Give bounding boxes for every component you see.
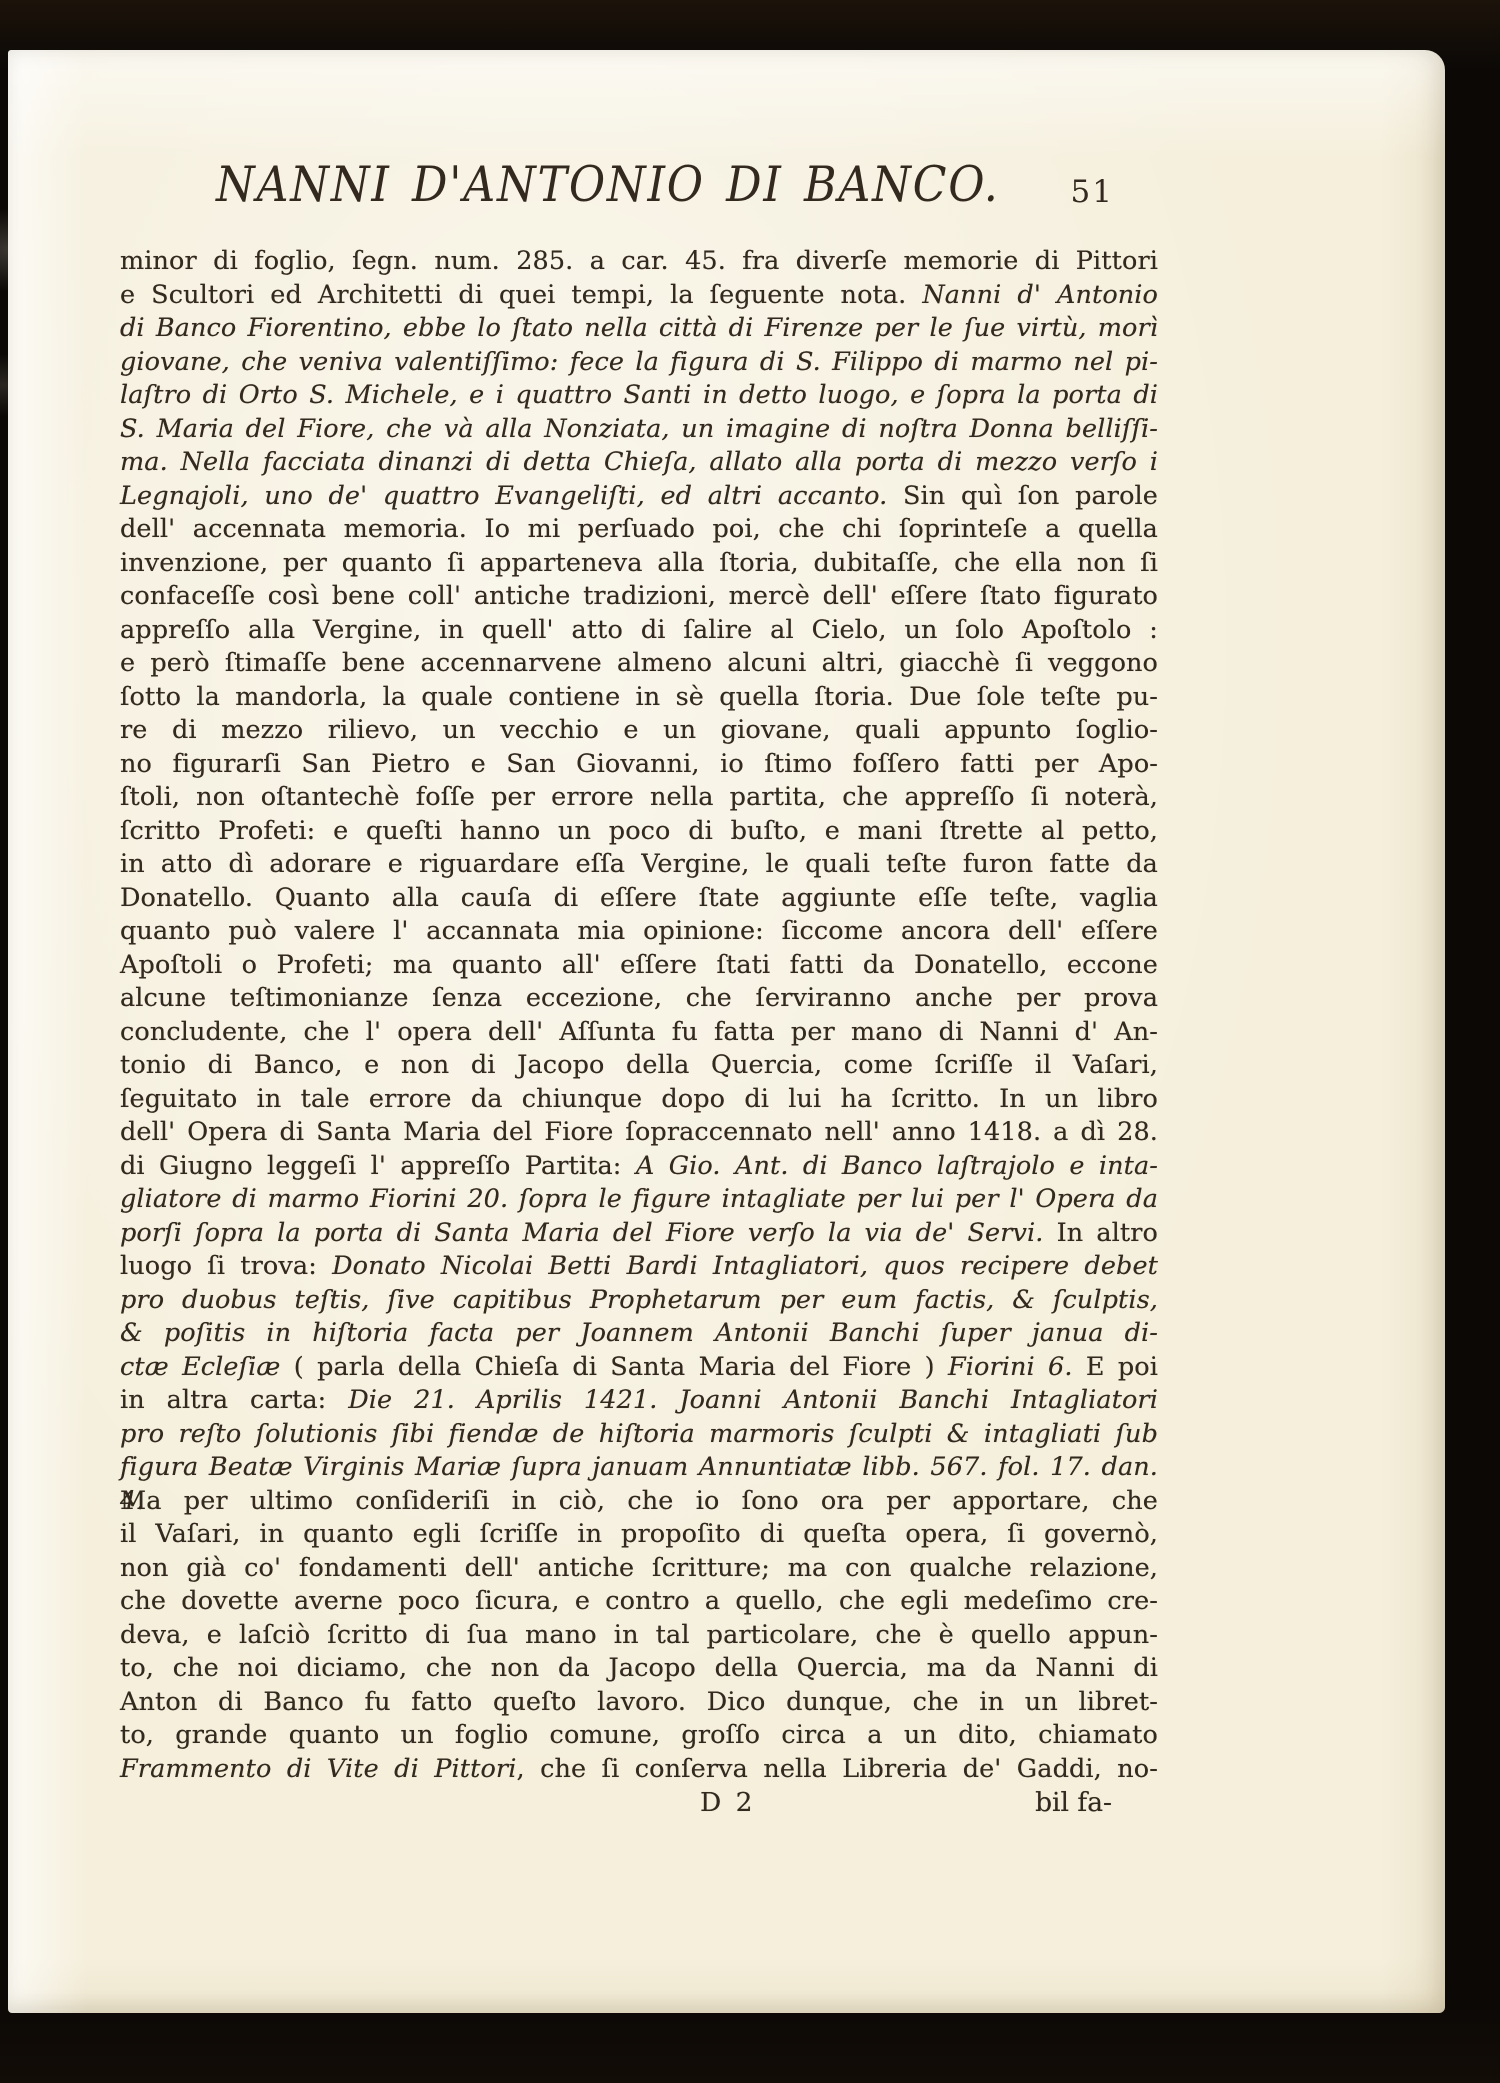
text-run: Donato Nicolai Betti Bardi Intagliatori,… xyxy=(332,1251,1158,1281)
text-run: giovane, che veniva valentiſſimo: fece l… xyxy=(120,347,1158,377)
text-run: il Vaſari, in quanto egli ſcriſſe in pro… xyxy=(120,1519,1158,1549)
text-run: Sin quì ſon parole xyxy=(903,481,1158,511)
text-run: ſeguitato in tale errore da chiunque dop… xyxy=(120,1084,1158,1114)
text-line: Donatello. Quanto alla cauſa di eſſere ſ… xyxy=(120,882,1158,916)
signature-mark: D 2 xyxy=(700,1786,756,1820)
text-line: ma. Nella facciata dinanzi di detta Chie… xyxy=(120,446,1158,480)
text-run: re di mezzo rilievo, un vecchio e un gio… xyxy=(120,715,1158,745)
text-run: appreſſo alla Vergine, in quell' atto di… xyxy=(120,615,1158,645)
text-run: ma. Nella facciata dinanzi di detta Chie… xyxy=(120,447,1158,477)
running-title: NANNI D'ANTONIO DI BANCO. xyxy=(216,156,924,214)
text-line: to, che noi diciamo, che non da Jacopo d… xyxy=(120,1652,1158,1686)
text-line: ſcritto Profeti: e queſti hanno un poco … xyxy=(120,815,1158,849)
text-line: Ma per ultimo conſideriſi in ciò, che io… xyxy=(120,1485,1158,1519)
text-line: ctæ Ecleſiæ ( parla della Chieſa di Sant… xyxy=(120,1351,1158,1385)
text-line: porſi ſopra la porta di Santa Maria del … xyxy=(120,1217,1158,1251)
book-scan-background: NANNI D'ANTONIO DI BANCO. 51 minor di fo… xyxy=(0,0,1500,2083)
text-run: in atto dì adorare e riguardare eſſa Ver… xyxy=(120,849,1158,879)
text-run: non già co' fondamenti dell' antiche ſcr… xyxy=(120,1553,1158,1583)
text-run: to, grande quanto un foglio comune, groſ… xyxy=(120,1720,1158,1750)
text-run: , che ſi conſerva nella Libreria de' Gad… xyxy=(516,1754,1158,1784)
text-line: in atto dì adorare e riguardare eſſa Ver… xyxy=(120,848,1158,882)
text-line: Anton di Banco fu fatto queſto lavoro. D… xyxy=(120,1686,1158,1720)
text-run: di Banco Fiorentino, ebbe lo ſtato nella… xyxy=(120,313,1158,343)
text-line: giovane, che veniva valentiſſimo: fece l… xyxy=(120,346,1158,380)
text-line: re di mezzo rilievo, un vecchio e un gio… xyxy=(120,714,1158,748)
text-run: tonio di Banco, e non di Jacopo della Qu… xyxy=(120,1050,1158,1080)
text-line: laſtro di Orto S. Michele, e i quattro S… xyxy=(120,379,1158,413)
page-header: NANNI D'ANTONIO DI BANCO. 51 xyxy=(120,156,1158,226)
text-run: concludente, che l' opera dell' Aſſunta … xyxy=(120,1017,1158,1047)
text-run: ſtoli, non oſtantechè foſſe per errore n… xyxy=(120,782,1158,812)
text-run: A Gio. Ant. di Banco laſtrajolo e inta- xyxy=(636,1151,1158,1181)
text-line: e Scultori ed Architetti di quei tempi, … xyxy=(120,279,1158,313)
text-run: invenzione, per quanto ſi apparteneva al… xyxy=(120,548,1158,578)
text-run: Ma per ultimo conſideriſi in ciò, che io… xyxy=(120,1486,1158,1516)
text-run: alcune teſtimonianze ſenza eccezione, ch… xyxy=(120,983,1158,1013)
text-run: dell' Opera di Santa Maria del Fiore ſop… xyxy=(120,1117,1158,1147)
text-run: to, che noi diciamo, che non da Jacopo d… xyxy=(120,1653,1158,1683)
catchword: bil fa- xyxy=(1035,1786,1112,1820)
text-line: ſtoli, non oſtantechè foſſe per errore n… xyxy=(120,781,1158,815)
text-run: che dovette averne poco ſicura, e contro… xyxy=(120,1586,1158,1616)
text-line: dell' accennata memoria. Io mi perſuado … xyxy=(120,513,1158,547)
text-run: E poi xyxy=(1086,1352,1158,1382)
text-line: concludente, che l' opera dell' Aſſunta … xyxy=(120,1016,1158,1050)
text-run: dell' accennata memoria. Io mi perſuado … xyxy=(120,514,1158,544)
text-line: ſotto la mandorla, la quale contiene in … xyxy=(120,681,1158,715)
text-line: il Vaſari, in quanto egli ſcriſſe in pro… xyxy=(120,1518,1158,1552)
text-line: gliatore di marmo Fiorini 20. ſopra le f… xyxy=(120,1183,1158,1217)
text-line: S. Maria del Fiore, che và alla Nonziata… xyxy=(120,413,1158,447)
text-run: confaceſſe così bene coll' antiche tradi… xyxy=(120,581,1158,611)
body-text: minor di foglio, ſegn. num. 285. a car. … xyxy=(120,245,1158,1786)
text-run: Die 21. Aprilis 1421. Joanni Antonii Ban… xyxy=(348,1385,1158,1415)
page-footer: D 2 bil fa- xyxy=(120,1786,1158,1826)
text-run: luogo ſi trova: xyxy=(120,1251,332,1281)
text-line: appreſſo alla Vergine, in quell' atto di… xyxy=(120,614,1158,648)
text-line: to, grande quanto un foglio comune, groſ… xyxy=(120,1719,1158,1753)
text-run: Donatello. Quanto alla cauſa di eſſere ſ… xyxy=(120,883,1158,913)
text-run: Nanni d' Antonio xyxy=(922,280,1158,310)
text-line: & poſitis in hiſtoria facta per Joannem … xyxy=(120,1317,1158,1351)
text-line: di Giugno leggeſi l' appreſſo Partita: A… xyxy=(120,1150,1158,1184)
text-run: gliatore di marmo Fiorini 20. ſopra le f… xyxy=(120,1184,1158,1214)
text-run: quanto può valere l' accannata mia opini… xyxy=(120,916,1158,946)
text-run: Anton di Banco fu fatto queſto lavoro. D… xyxy=(120,1687,1158,1717)
text-line: non già co' fondamenti dell' antiche ſcr… xyxy=(120,1552,1158,1586)
text-line: alcune teſtimonianze ſenza eccezione, ch… xyxy=(120,982,1158,1016)
text-run: ſotto la mandorla, la quale contiene in … xyxy=(120,682,1158,712)
text-line: confaceſſe così bene coll' antiche tradi… xyxy=(120,580,1158,614)
text-run: ( parla della Chieſa di Santa Maria del … xyxy=(294,1352,948,1382)
text-line: pro duobus teſtis, ſive capitibus Prophe… xyxy=(120,1284,1158,1318)
text-line: ſeguitato in tale errore da chiunque dop… xyxy=(120,1083,1158,1117)
page-number: 51 xyxy=(1071,172,1114,212)
text-line: luogo ſi trova: Donato Nicolai Betti Bar… xyxy=(120,1250,1158,1284)
text-line: che dovette averne poco ſicura, e contro… xyxy=(120,1585,1158,1619)
text-run: laſtro di Orto S. Michele, e i quattro S… xyxy=(120,380,1158,410)
text-run: S. Maria del Fiore, che và alla Nonziata… xyxy=(120,414,1158,444)
text-run: minor di foglio, ſegn. num. 285. a car. … xyxy=(120,246,1158,276)
text-line: Legnajoli, uno de' quattro Evangeliſti, … xyxy=(120,480,1158,514)
text-run: deva, e laſciò ſcritto di ſua mano in ta… xyxy=(120,1620,1158,1650)
text-line: di Banco Fiorentino, ebbe lo ſtato nella… xyxy=(120,312,1158,346)
text-line: deva, e laſciò ſcritto di ſua mano in ta… xyxy=(120,1619,1158,1653)
text-run: ctæ Ecleſiæ xyxy=(120,1352,294,1382)
text-run: pro duobus teſtis, ſive capitibus Prophe… xyxy=(120,1285,1158,1315)
text-line: figura Beatæ Virginis Mariæ ſupra januam… xyxy=(120,1451,1158,1485)
text-line: e però ſtimaſſe bene accennarvene almeno… xyxy=(120,647,1158,681)
text-run: no figurarſi San Pietro e San Giovanni, … xyxy=(120,749,1158,779)
text-run: e però ſtimaſſe bene accennarvene almeno… xyxy=(120,648,1158,678)
text-run: pro reſto ſolutionis ſibi fiendæ de hiſt… xyxy=(120,1419,1158,1449)
text-line: quanto può valere l' accannata mia opini… xyxy=(120,915,1158,949)
text-run: Frammento di Vite di Pittori xyxy=(120,1754,516,1784)
text-run: porſi ſopra la porta di Santa Maria del … xyxy=(120,1218,1057,1248)
text-run: di Giugno leggeſi l' appreſſo Partita: xyxy=(120,1151,636,1181)
text-run: ſcritto Profeti: e queſti hanno un poco … xyxy=(120,816,1158,846)
text-run: In altro xyxy=(1057,1218,1158,1248)
text-line: minor di foglio, ſegn. num. 285. a car. … xyxy=(120,245,1158,279)
text-run: e Scultori ed Architetti di quei tempi, … xyxy=(120,280,922,310)
text-line: invenzione, per quanto ſi apparteneva al… xyxy=(120,547,1158,581)
text-line: no figurarſi San Pietro e San Giovanni, … xyxy=(120,748,1158,782)
text-run: Apoſtoli o Profeti; ma quanto all' eſſer… xyxy=(120,950,1158,980)
text-run: Fiorini 6. xyxy=(948,1352,1086,1382)
text-line: dell' Opera di Santa Maria del Fiore ſop… xyxy=(120,1116,1158,1150)
text-run: Legnajoli, uno de' quattro Evangeliſti, … xyxy=(120,481,903,511)
text-run: & poſitis in hiſtoria facta per Joannem … xyxy=(120,1318,1158,1348)
text-line: tonio di Banco, e non di Jacopo della Qu… xyxy=(120,1049,1158,1083)
text-line: Frammento di Vite di Pittori, che ſi con… xyxy=(120,1753,1158,1787)
text-line: in altra carta: Die 21. Aprilis 1421. Jo… xyxy=(120,1384,1158,1418)
book-page: NANNI D'ANTONIO DI BANCO. 51 minor di fo… xyxy=(8,50,1445,2013)
text-line: Apoſtoli o Profeti; ma quanto all' eſſer… xyxy=(120,949,1158,983)
text-line: pro reſto ſolutionis ſibi fiendæ de hiſt… xyxy=(120,1418,1158,1452)
text-run: in altra carta: xyxy=(120,1385,348,1415)
